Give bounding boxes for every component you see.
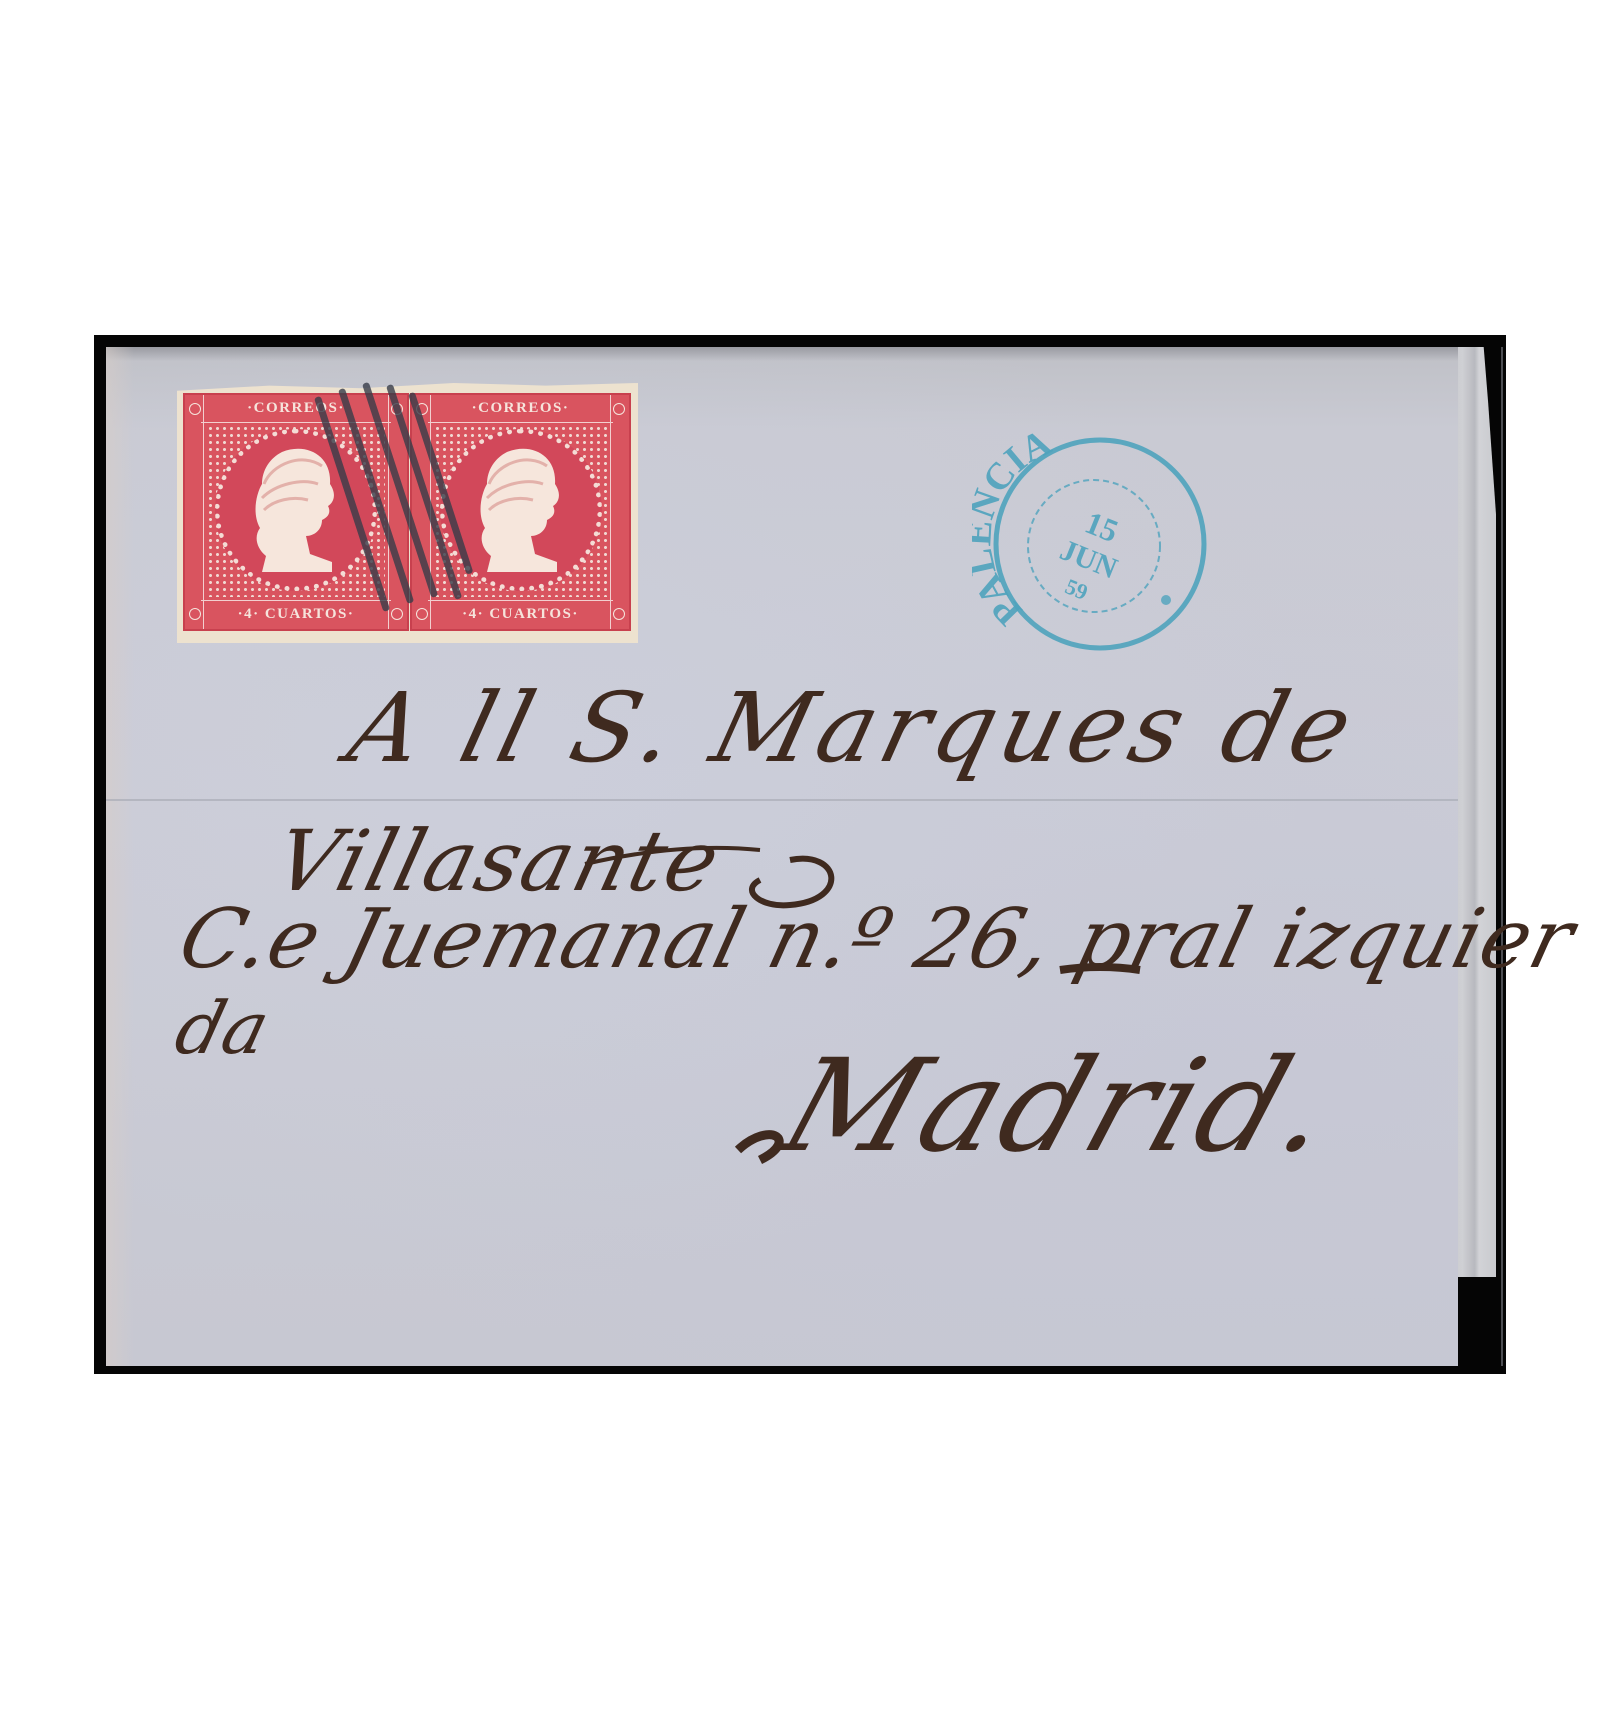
address-line-3: C.e Juemanal n.º 26, pral izquier	[170, 892, 1584, 987]
horizontal-fold-line	[106, 799, 1458, 801]
frame-rule	[203, 395, 204, 629]
queen-portrait-icon	[477, 444, 567, 572]
corner-ornament-icon	[189, 403, 201, 415]
paper-edge-stain	[106, 347, 134, 1366]
svg-text:PALENCIA: PALENCIA	[972, 421, 1058, 633]
postmark-year: 59	[1062, 573, 1092, 604]
corner-ornament-icon	[613, 608, 625, 620]
address-city: Madrid.	[766, 1032, 1356, 1181]
palencia-postmark: PALENCIA 15 JUN 59	[972, 420, 1212, 660]
corner-ornament-icon	[189, 608, 201, 620]
frame-rule	[428, 422, 613, 423]
postmark-town: PALENCIA	[972, 421, 1058, 633]
frame-rule	[428, 600, 613, 601]
corner-ornament-icon	[613, 403, 625, 415]
vertical-fold-line	[1501, 347, 1503, 1366]
stamp-top-label: ·CORREOS·	[434, 400, 607, 417]
frame-rule	[610, 395, 611, 629]
stamp-value-label: ·4· CUARTOS·	[434, 606, 607, 623]
grill-cancellation-mark	[290, 380, 450, 620]
address-line-1: A ll S. Marques de	[338, 672, 1369, 784]
